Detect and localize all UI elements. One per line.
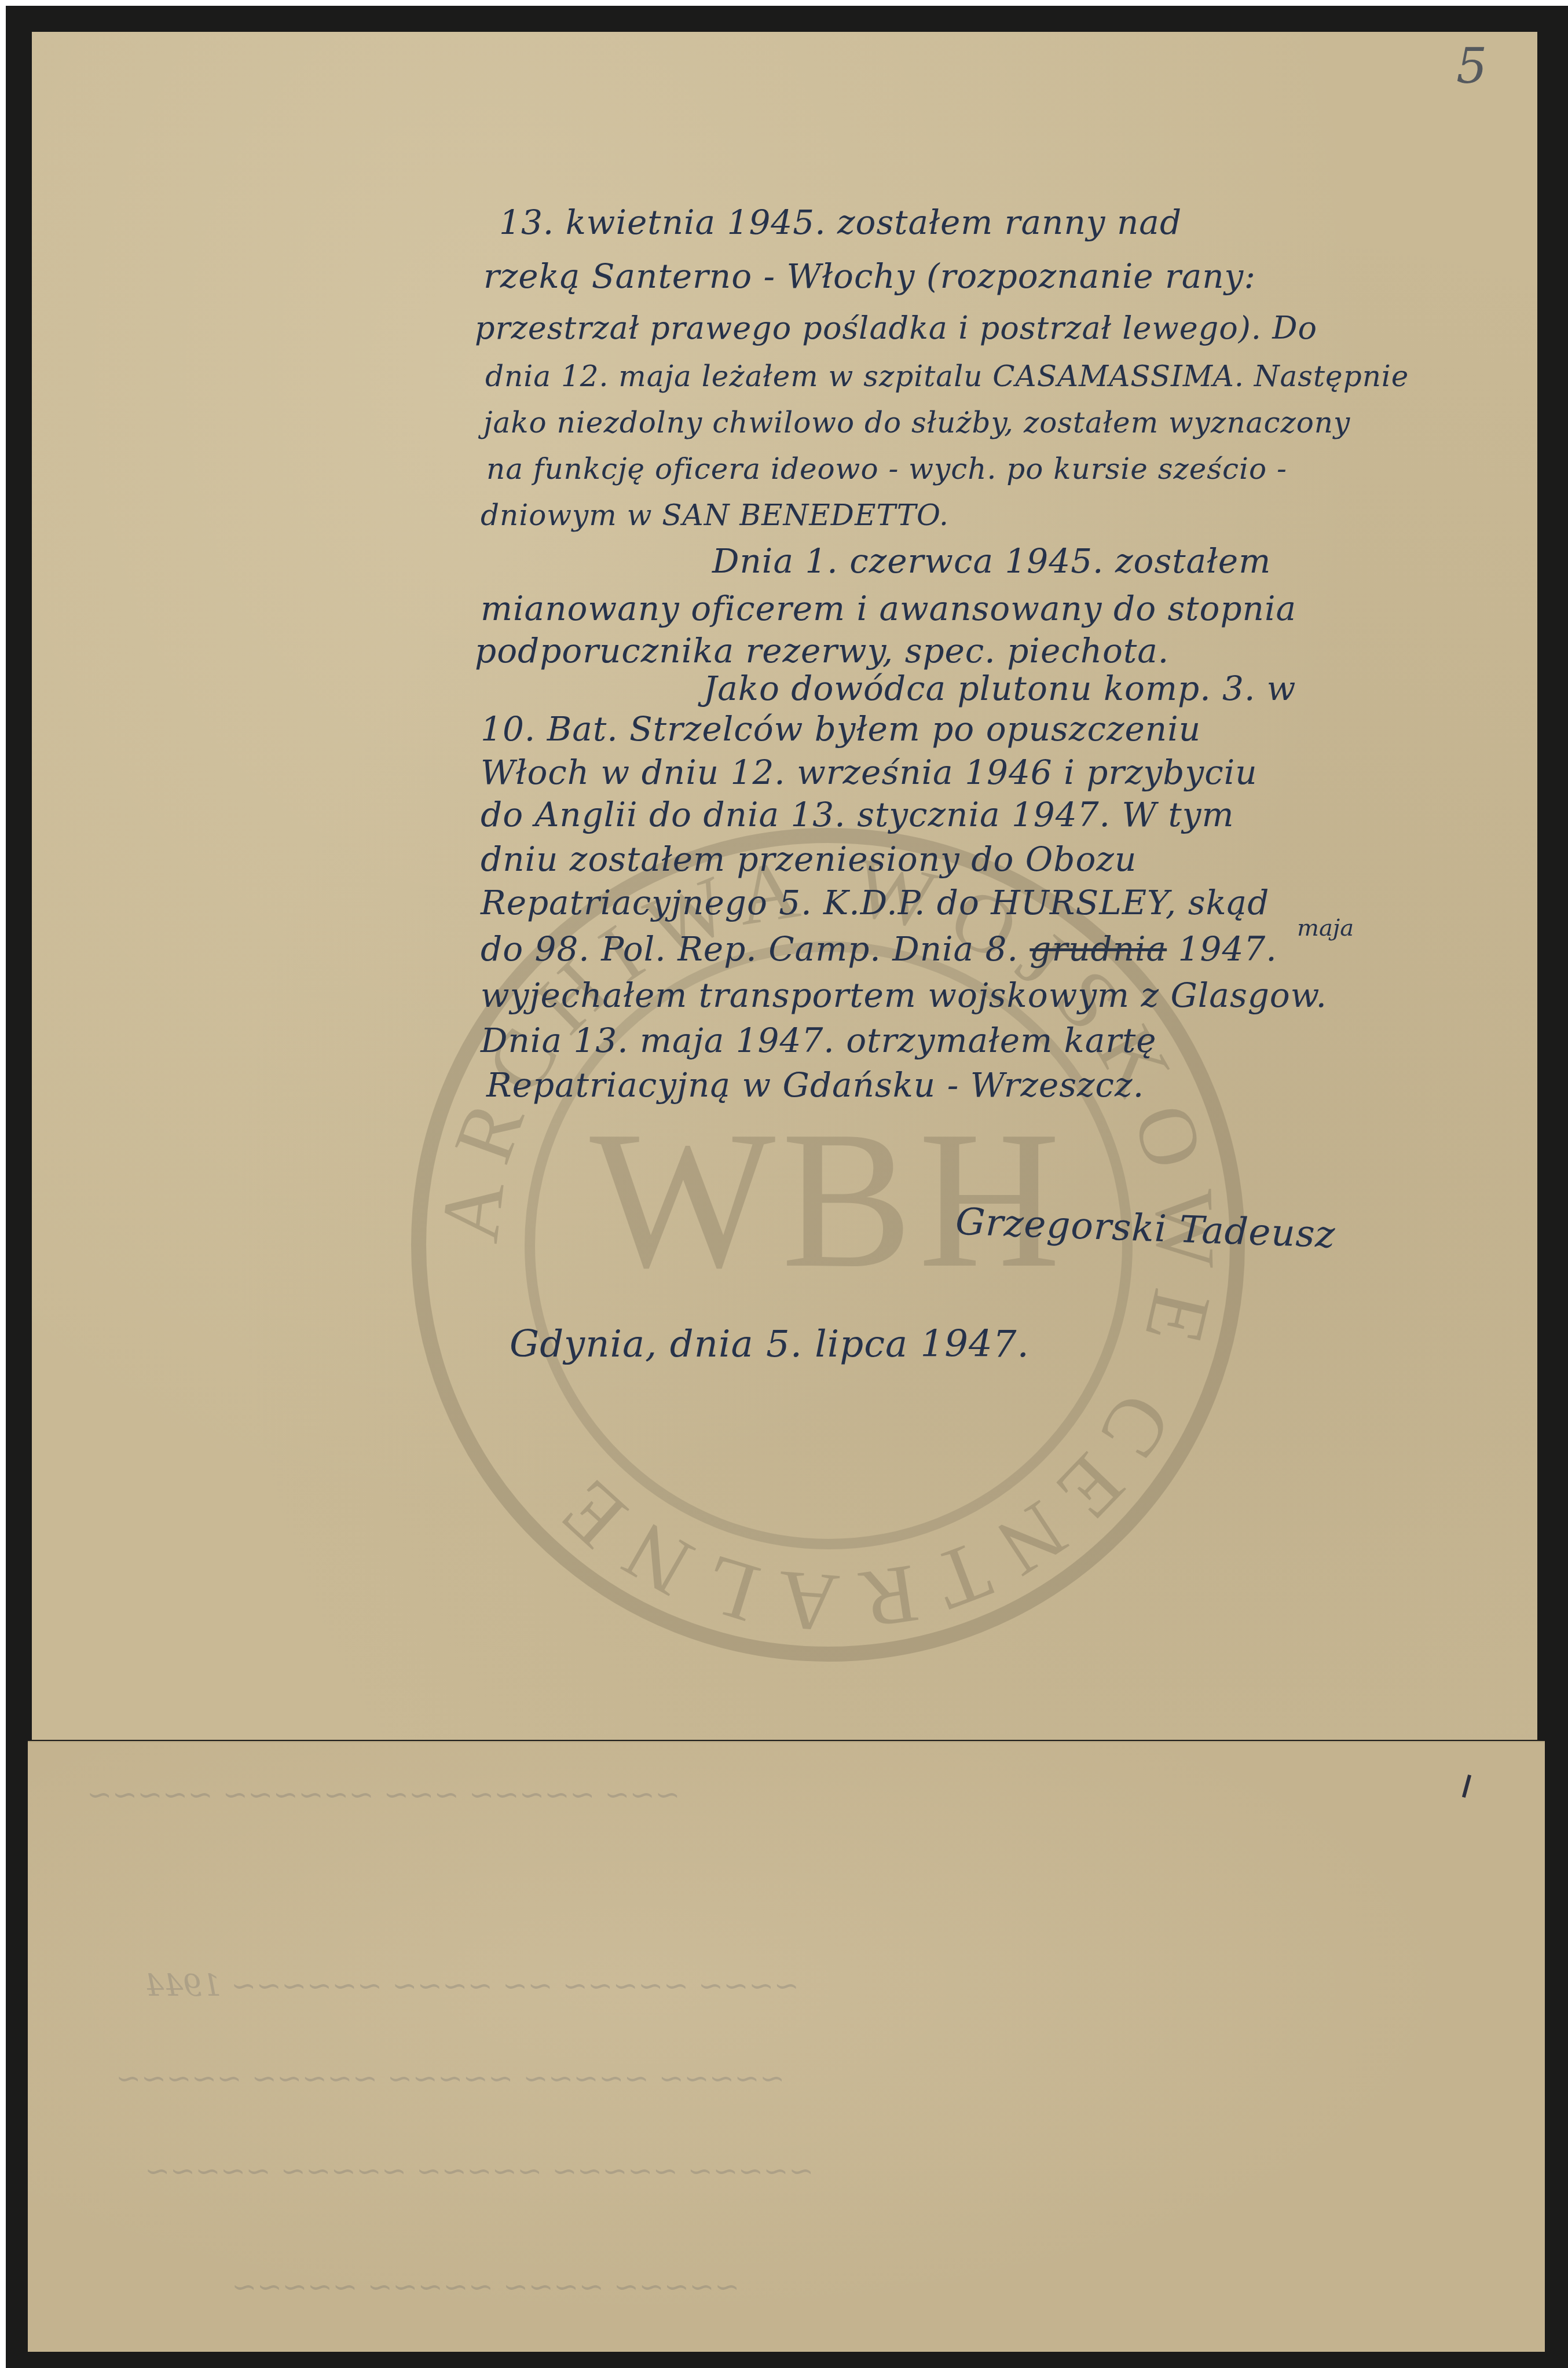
text-line: dnia 12. maja leżałem w szpitalu CASAMAS… [485,362,1409,391]
text-fragment: 1947. [1178,929,1277,969]
text-line-with-correction: do 98. Pol. Rep. Camp. Dnia 8. grudnia 1… [481,932,1277,966]
text-line: do Anglii do dnia 13. stycznia 1947. W t… [481,798,1234,831]
text-fragment: do 98. Pol. Rep. Camp. Dnia 8. [481,929,1019,969]
text-line: Dnia 1. czerwca 1945. zostałem [712,544,1271,578]
bleed-through-text: ~~~~~ ~~~~~ ~~~~~ ~~~~~ ~~~~~ [116,2061,785,2096]
stamp-center-text: WBH [426,1086,1230,1313]
text-line: Dnia 13. maja 1947. otrzymałem kartę [481,1024,1157,1057]
text-line: Jako dowódca plutonu komp. 3. w [704,672,1296,705]
text-line: rzeką Santerno - Włochy (rozpoznanie ran… [483,259,1256,293]
struck-word: grudnia [1030,929,1167,969]
text-line: wyjechałem transportem wojskowym z Glasg… [481,978,1327,1012]
text-line: Włoch w dniu 12. września 1946 i przybyc… [481,756,1258,789]
text-line: jako niezdolny chwilowo do służby, zosta… [483,408,1350,437]
text-line: 13. kwietnia 1945. zostałem ranny nad [499,206,1182,239]
text-line: Repatriacyjną w Gdańsku - Wrzeszcz. [486,1068,1144,1102]
bleed-through-text: ~~~~ ~~~~~ ~~ ~~~~ ~~~~~~ 1944 [145,1969,799,2003]
underlying-page [28,1741,1545,2352]
text-line: na funkcję oficera ideowo - wych. po kur… [486,454,1287,483]
text-line: 10. Bat. Strzelców byłem po opuszczeniu [481,712,1201,746]
bleed-through-text: ~~~~~ ~~~~~ ~~~~~ ~~~~~ ~~~~~ [145,2154,814,2189]
bleed-through-text: ~~~ ~~~~~ ~~~ ~~~~~~ ~~~~~ [87,1777,680,1812]
text-line: przestrzał prawego pośladka i postrzał l… [475,313,1317,344]
text-line: dniowym w SAN BENEDETTO. [481,501,949,530]
text-line: mianowany oficerem i awansowany do stopn… [481,592,1296,625]
text-line: Repatriacyjnego 5. K.D.P. do HURSLEY, sk… [481,886,1269,919]
page-number: 5 [1456,38,1487,94]
place-date: Gdynia, dnia 5. lipca 1947. [510,1326,1030,1363]
inserted-correction: maja [1297,915,1354,941]
bleed-through-text: ~~~~~ ~~~~ ~~~~~ ~~~~~ [232,2270,739,2304]
text-line: dniu zostałem przeniesiony do Obozu [481,842,1137,876]
text-line: podporucznika rezerwy, spec. piechota. [475,634,1169,668]
